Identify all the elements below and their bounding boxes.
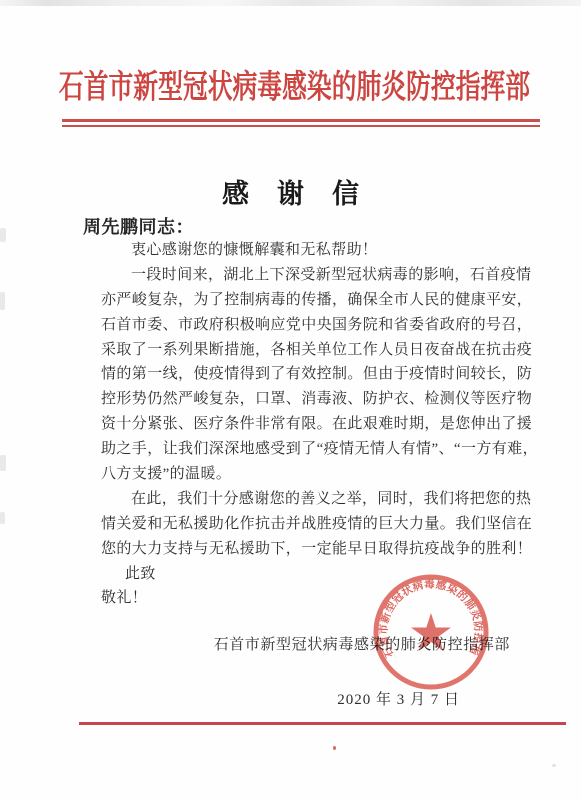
letter-body-line: 控形势仍然严峻复杂，口罩、消毒液、防护衣、检测仪等医疗物 [101,387,561,412]
official-seal: 石首市新型冠状病毒感染的肺炎防控指挥部 [371,572,491,692]
letter-body-line: 情的第一线，使疫情得到了有效控制。但由于疫情时间较长，防 [101,362,561,387]
letter-body-line: 助之手，让我们深深地感受到了“疫情无情人有情”、“一方有难， [101,437,561,462]
scanned-letter-page: 石首市新型冠状病毒感染的肺炎防控指挥部 感谢信 周先鹏同志： 衷心感谢您的慷慨解… [0,0,581,800]
letter-date: 2020 年 3 月 7 日 [0,688,581,709]
scan-artifact-smudge [0,292,5,310]
seal-arc-text: 石首市新型冠状病毒感染的肺炎防控指挥部 [371,572,485,661]
letterhead-rule-thin [62,125,540,127]
scan-artifact-smudge [0,455,6,471]
letter-body-line: 在此，我们十分感谢您的善义之举，同时，我们将把您的热 [101,487,561,512]
letterhead-rule-thick [62,119,540,122]
letter-body-line: 资十分紧张、医疗条件非常有限。在此艰难时期，是您伸出了援 [101,412,561,437]
letter-body: 衷心感谢您的慷慨解囊和无私帮助！一段时间来，湖北上下深受新型冠状病毒的影响，石首… [101,238,561,611]
scan-artifact-speck [552,764,556,767]
signature-org: 石首市新型冠状病毒感染的肺炎防控指挥部 [0,633,581,654]
scan-artifact-top-band [0,0,581,6]
letter-body-line: 情关爱和无私援助化作抗击并战胜疫情的巨大力量。我们坚信在 [101,512,561,537]
scan-artifact-speck [333,746,336,750]
scan-artifact-smudge [0,512,5,524]
letter-body-line: 石首市委、市政府积极响应党中央国务院和省委省政府的号召， [101,313,561,338]
salutation: 周先鹏同志： [83,213,194,239]
svg-text:石首市新型冠状病毒感染的肺炎防控指挥部: 石首市新型冠状病毒感染的肺炎防控指挥部 [371,572,485,661]
letter-body-line: 一段时间来，湖北上下深受新型冠状病毒的影响，石首疫情 [101,263,561,288]
letter-body-line: 敬礼！ [101,586,561,611]
scan-artifact-smudge [0,228,6,242]
letter-body-line: 衷心感谢您的慷慨解囊和无私帮助！ [101,238,561,263]
bottom-rule [79,722,566,725]
letter-body-line: 八方支援”的温暖。 [101,462,561,487]
letter-title: 感谢信 [0,172,581,211]
letterhead-title: 石首市新型冠状病毒感染的肺炎防控指挥部 [0,66,581,114]
seal-star-icon [411,613,451,651]
letter-body-line: 亦严峻复杂，为了控制病毒的传播，确保全市人民的健康平安， [101,288,561,313]
letter-body-line: 您的大力支持与无私援助下，一定能早日取得抗疫战争的胜利！ [101,537,561,562]
letter-body-line: 采取了一系列果断措施，各相关单位工作人员日夜奋战在抗击疫 [101,338,561,363]
letterhead-title-text: 石首市新型冠状病毒感染的肺炎防控指挥部 [59,65,530,109]
letter-body-line: 此致 [101,562,561,587]
